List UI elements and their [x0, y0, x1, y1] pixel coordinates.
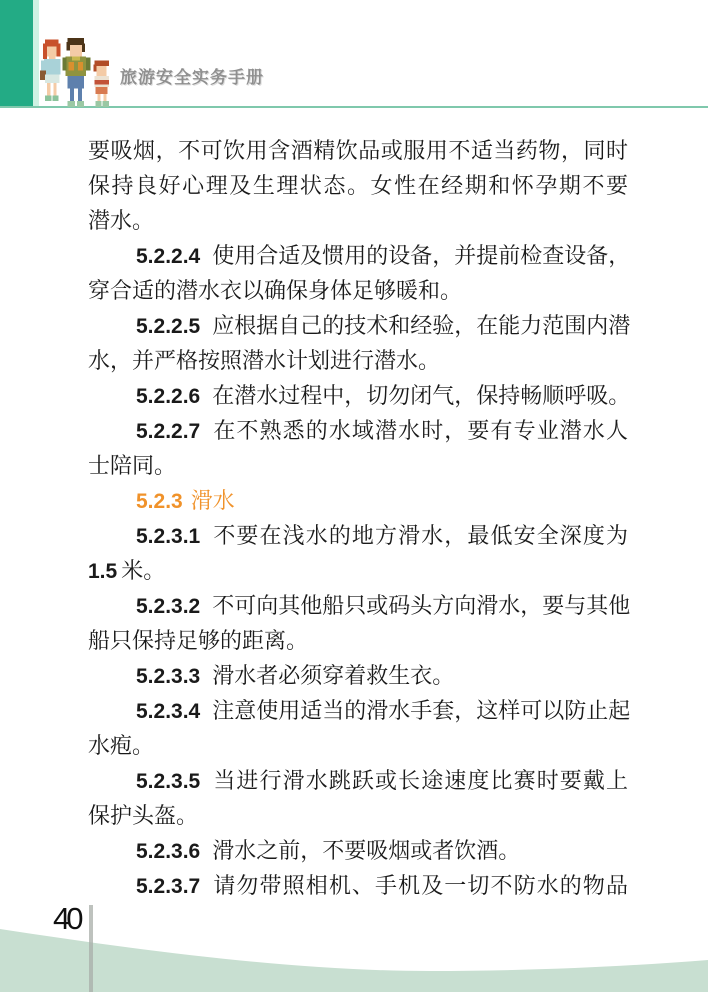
text-line: 5.2.3.6滑水之前，不要吸烟或者饮酒。: [88, 833, 628, 868]
text-line: 保护头盔。: [88, 798, 628, 833]
text-line: 5.2.2.5应根据自己的技术和经验，在能力范围内潜: [88, 308, 628, 343]
text-line: 5.2.2.4使用合适及惯用的设备，并提前检查设备，: [88, 238, 628, 273]
page-title: 旅游安全实务手册: [120, 63, 264, 88]
text-line: 要吸烟，不可饮用含酒精饮品或服用不适当药物，同时: [88, 133, 628, 168]
page-number: 40: [53, 901, 79, 937]
corner-accent-block: [0, 0, 33, 106]
text-line: 5.2.2.7在不熟悉的水域潜水时，要有专业潜水人: [88, 413, 628, 448]
body-text: 要吸烟，不可饮用含酒精饮品或服用不适当药物，同时 保持良好心理及生理状态。女性在…: [88, 133, 628, 903]
text-line: 水疱。: [88, 728, 628, 763]
text-line: 5.2.3.2不可向其他船只或码头方向滑水，要与其他: [88, 588, 628, 623]
text-line: 潜水。: [88, 203, 628, 238]
text-line: 5.2.3.1不要在浅水的地方滑水，最低安全深度为: [88, 518, 628, 553]
corner-accent-edge: [33, 0, 39, 106]
manual-page: { "colors": { "corner_green": "#23AB85",…: [0, 0, 708, 992]
text-line: 士陪同。: [88, 448, 628, 483]
text-line: 5.2.3.4注意使用适当的滑水手套，这样可以防止起: [88, 693, 628, 728]
text-line: 船只保持足够的距离。: [88, 623, 628, 658]
family-travelers-icon: [40, 38, 118, 111]
footer-wave: [0, 922, 708, 992]
text-line: 5.2.3.7请勿带照相机、手机及一切不防水的物品: [88, 868, 628, 903]
text-line: 5.2.3.5当进行滑水跳跃或长途速度比赛时要戴上: [88, 763, 628, 798]
section-heading: 5.2.3滑水: [88, 483, 628, 518]
text-line: 5.2.3.3滑水者必须穿着救生衣。: [88, 658, 628, 693]
footer-divider-line: [89, 905, 93, 992]
text-line: 水，并严格按照潜水计划进行潜水。: [88, 343, 628, 378]
text-line: 穿合适的潜水衣以确保身体足够暖和。: [88, 273, 628, 308]
text-line: 保持良好心理及生理状态。女性在经期和怀孕期不要: [88, 168, 628, 203]
text-line: 5.2.2.6在潜水过程中，切勿闭气，保持畅顺呼吸。: [88, 378, 628, 413]
text-line: 1.5米。: [88, 553, 628, 588]
